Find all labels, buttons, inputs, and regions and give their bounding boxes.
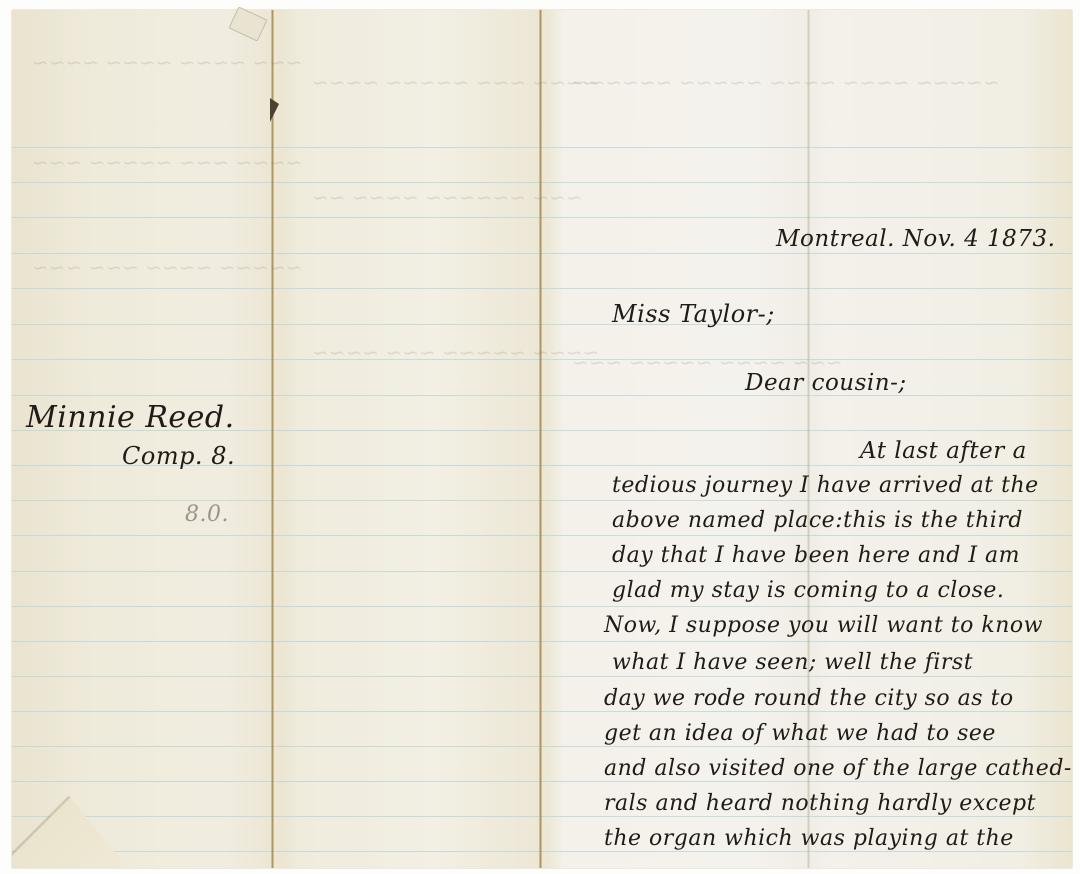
body-line: tedious journey I have arrived at the [612, 473, 1039, 498]
rule-line [12, 395, 1072, 396]
bleed-through-text: ~~~~~ ~~~~ ~~~ ~~~ [32, 255, 302, 279]
bleed-through-text: ~~~ ~~~~~~ ~~~~ ~~ [312, 185, 582, 209]
rule-line [12, 676, 1072, 677]
rule-line [12, 816, 1072, 817]
bleed-through-text: ~~~~ ~~~ ~~~~~ ~~~ [32, 150, 302, 174]
body-line: rals and heard nothing hardly except [604, 791, 1036, 816]
rule-line [12, 500, 1072, 501]
addressee-line2: Comp. 8. [122, 442, 235, 470]
body-line: day that I have been here and I am [612, 543, 1020, 568]
rule-line [12, 851, 1072, 852]
body-line: get an idea of what we had to see [604, 721, 996, 746]
paper-tear [270, 98, 279, 122]
rule-line [12, 746, 1072, 747]
body-line: the organ which was playing at the [604, 826, 1014, 851]
body-line: Now, I suppose you will want to know [604, 613, 1043, 638]
bleed-through-text: ~~~~ ~~~ ~~~~~ ~~~~ [312, 70, 599, 94]
rule-line [12, 253, 1072, 254]
rule-line [12, 147, 1072, 148]
body-line: day we rode round the city so as to [604, 686, 1014, 711]
bleed-through-text: ~~~~ ~~~~~ ~~~ ~~~~ [312, 340, 599, 364]
salutation-recipient: Miss Taylor-; [612, 300, 775, 328]
rule-line [12, 571, 1072, 572]
rule-line [12, 711, 1072, 712]
body-line: glad my stay is coming to a close. [612, 578, 1004, 603]
addressee-name: Minnie Reed. [26, 400, 235, 435]
rule-line [12, 781, 1072, 782]
greeting: Dear cousin-; [745, 370, 907, 396]
rule-line [12, 606, 1072, 607]
rule-line [12, 182, 1072, 183]
bleed-through-text: ~~~ ~~~~ ~~~~ ~~~~ [32, 50, 302, 74]
dateline: Montreal. Nov. 4 1873. [776, 226, 1055, 252]
rule-line [12, 217, 1072, 218]
rule-line [12, 535, 1072, 536]
body-line: At last after a [860, 438, 1027, 464]
rule-line [12, 288, 1072, 289]
rule-line [12, 324, 1072, 325]
bleed-through-text: ~~~~~ ~~~~ ~~~~ ~~~~~ ~~~~~~ [572, 70, 1000, 94]
body-line: what I have seen; well the first [612, 650, 973, 675]
fold-crease-center [539, 10, 542, 868]
rule-line [12, 641, 1072, 642]
fold-crease-left [271, 10, 274, 868]
body-line: above named place:this is the third [612, 508, 1023, 533]
pencil-note: 8.0. [185, 502, 229, 527]
body-line: and also visited one of the large cathed… [604, 756, 1072, 781]
